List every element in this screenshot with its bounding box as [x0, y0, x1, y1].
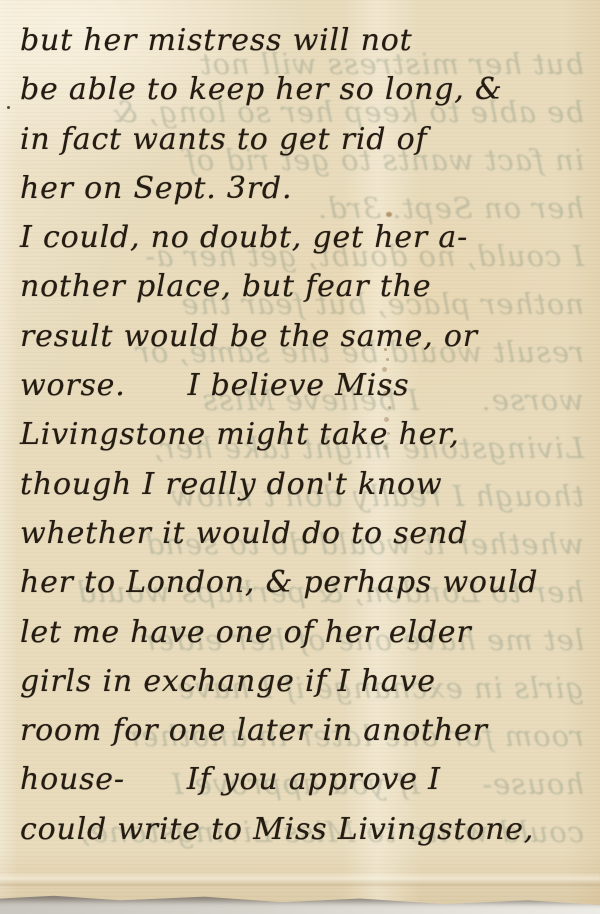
letter-line: but her mistress will not	[20, 16, 588, 65]
letter-line: result would be the same, or	[20, 312, 588, 361]
letter-line: I could, no doubt, get her a-	[20, 213, 588, 262]
letter-paper: but her mistress will not be able to kee…	[0, 0, 600, 914]
letter-line: be able to keep her so long, &	[20, 65, 588, 114]
letter-line: in fact wants to get rid of	[20, 115, 588, 164]
ink-dot	[7, 106, 10, 109]
letter-text: but her mistress will not be able to kee…	[20, 16, 588, 854]
fold-crease	[0, 872, 600, 886]
letter-line: though I really don't know	[20, 460, 588, 509]
letter-line: room for one later in another	[20, 706, 588, 755]
letter-line: worse. I believe Miss	[20, 361, 588, 410]
letter-line: Livingstone might take her,	[20, 410, 588, 459]
letter-line: house- If you approve I	[20, 755, 588, 804]
letter-line: let me have one of her elder	[20, 608, 588, 657]
letter-line: her to London, & perhaps would	[20, 558, 588, 607]
letter-line: her on Sept. 3rd.	[20, 164, 588, 213]
letter-line: could write to Miss Livingstone,	[20, 805, 588, 854]
letter-line: whether it would do to send	[20, 509, 588, 558]
stain-spot	[386, 212, 392, 217]
letter-line: girls in exchange if I have	[20, 657, 588, 706]
scanned-letter-page: but her mistress will not be able to kee…	[0, 0, 600, 914]
letter-line: nother place, but fear the	[20, 262, 588, 311]
stain-speckles	[384, 348, 387, 351]
